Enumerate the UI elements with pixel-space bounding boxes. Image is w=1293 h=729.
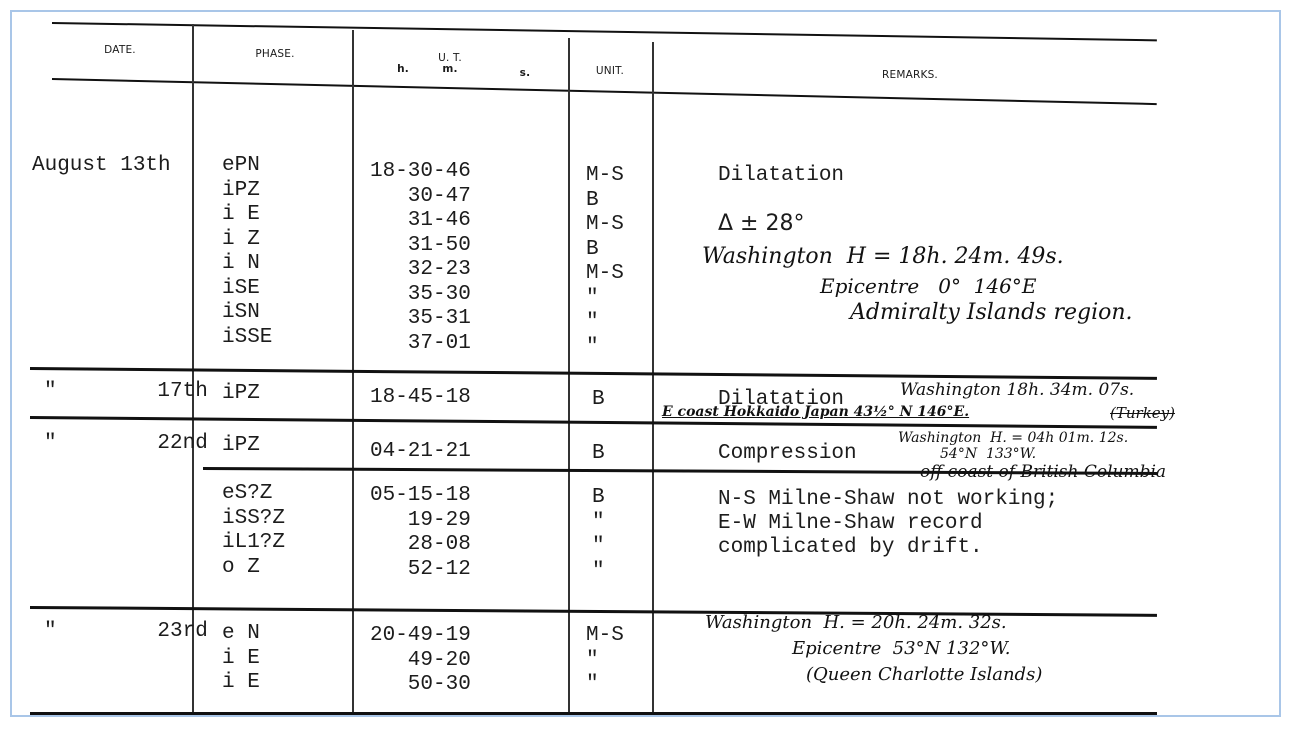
header-remarks: REMARKS. xyxy=(830,69,990,81)
entry-5-units: M-S " " xyxy=(586,624,624,698)
table-bottom-rule xyxy=(30,712,1157,715)
entry-3-phases: iPZ xyxy=(222,434,260,459)
header-ut-h: h. xyxy=(383,63,423,75)
entry-1-date: August 13th xyxy=(32,154,171,179)
entry-2-remark-hand-1: Washington 18h. 34m. 07s. xyxy=(900,380,1134,400)
header-ut-m: m. xyxy=(430,63,470,75)
entry-5-remark-hand-3: (Queen Charlotte Islands) xyxy=(806,664,1042,685)
entry-2-phases: iPZ xyxy=(222,382,260,407)
entry-5-times: 20-49-19 49-20 50-30 xyxy=(370,624,471,698)
entry-1-remark-typed-1: Dilatation xyxy=(718,164,844,189)
entry-4-times: 05-15-18 19-29 28-08 52-12 xyxy=(370,484,471,582)
entry-4-units: B " " " xyxy=(592,486,605,584)
entry-1-phases: ePN iPZ i E i Z i N iSE iSN iSSE xyxy=(222,154,272,350)
entry-3-remark-hand-1: Washington H. = 04h 01m. 12s. xyxy=(898,430,1128,446)
entry-5-phases: e N i E i E xyxy=(222,622,260,696)
header-ut-s: s. xyxy=(505,67,545,79)
entry-2-units: B xyxy=(592,388,605,413)
entry-3-units: B xyxy=(592,442,605,467)
header-top-rule xyxy=(52,22,1157,41)
entry-4-phases: eS?Z iSS?Z iL1?Z o Z xyxy=(222,482,285,580)
entry-1-remark-hand-3: Admiralty Islands region. xyxy=(850,300,1133,325)
entry-5-remark-hand-2: Epicentre 53°N 132°W. xyxy=(792,638,1011,659)
entry-4-remark-typed-3: complicated by drift. xyxy=(718,536,983,561)
header-phase: PHASE. xyxy=(220,48,330,60)
entry-4-remark-typed-2: E-W Milne-Shaw record xyxy=(718,512,983,537)
entry-2-remark-hand-2: E coast Hokkaido Japan 43½° N 146°E. xyxy=(662,404,969,420)
entry-4-remark-typed-1: N-S Milne-Shaw not working; xyxy=(718,488,1058,513)
entry-1-remark-typed-2: Δ ± 28° xyxy=(718,212,804,237)
entry-1-remark-hand-1: Washington H = 18h. 24m. 49s. xyxy=(702,244,1064,269)
header-bottom-rule xyxy=(52,78,1157,105)
entry-3-remark-hand-2: 54°N 133°W. xyxy=(940,446,1036,462)
seismic-bulletin-page: DATE. PHASE. U. T. h. m. s. UNIT. REMARK… xyxy=(0,0,1293,729)
entry-3-times: 04-21-21 xyxy=(370,440,471,465)
entry-2-date: " 17th xyxy=(44,380,208,405)
entry-1-units: M-S B M-S B M-S " " " xyxy=(586,164,624,360)
entry-1-remark-hand-2: Epicentre 0° 146°E xyxy=(820,274,1036,298)
entry-1-times: 18-30-46 30-47 31-46 31-50 32-23 35-30 3… xyxy=(370,160,471,356)
row-rule-1 xyxy=(30,367,1157,380)
entry-3-date: " 22nd xyxy=(44,432,208,457)
entry-2-times: 18-45-18 xyxy=(370,386,471,411)
entry-3-remark-typed-1: Compression xyxy=(718,442,857,467)
entry-5-date: " 23rd xyxy=(44,620,208,645)
entry-2-remark-hand-3: (Turkey) xyxy=(1110,404,1175,422)
row-rule-2 xyxy=(30,416,1157,429)
header-unit: UNIT. xyxy=(575,65,645,77)
entry-5-remark-hand-1: Washington H. = 20h. 24m. 32s. xyxy=(705,612,1007,633)
header-date: DATE. xyxy=(70,44,170,56)
